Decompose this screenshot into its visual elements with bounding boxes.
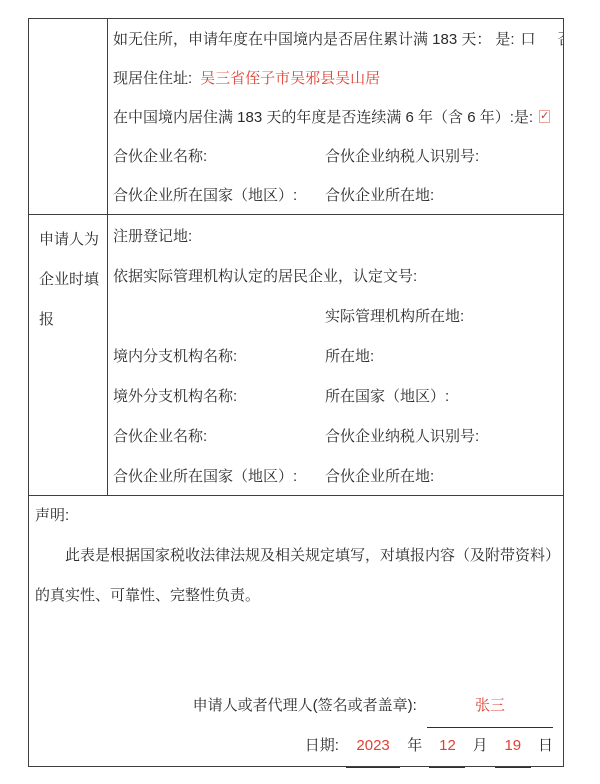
checkbox-yes-6-years-checked[interactable]: ✓ (539, 110, 550, 123)
partnership-tin-label: 合伙企业纳税人识别号: (325, 425, 563, 446)
yes-label-6-years: 是: (514, 106, 533, 127)
date-day-value[interactable]: 19 (495, 726, 531, 768)
tax-residency-form-table: 如无住所，申请年度在中国境内是否居住累计满 183 天： 是: 口 否: 口 现… (28, 18, 564, 767)
signature-value[interactable]: 张三 (475, 697, 505, 714)
enterprise-body: 注册登记地: 依据实际管理机构认定的居民企业，认定文号: 实际管理机构所在地: … (108, 215, 563, 495)
partnership-country-label: 合伙企业所在国家（地区）: (113, 184, 325, 205)
partnership-name-label: 合伙企业名称: (113, 425, 325, 446)
overseas-branch-country-label: 所在国家（地区）: (325, 385, 563, 406)
date-month-value[interactable]: 12 (429, 726, 465, 768)
row-overseas-branch: 境外分支机构名称: 所在国家（地区）: (113, 375, 563, 415)
row-183-days-question: 如无住所，申请年度在中国境内是否居住累计满 183 天： 是: 口 否: 口 (113, 19, 563, 58)
row-partnership-name: 合伙企业名称: 合伙企业纳税人识别号: (113, 136, 563, 175)
domestic-branch-location-label: 所在地: (325, 345, 563, 366)
date-day-unit: 日 (538, 737, 553, 754)
question-183-days-label: 如无住所，申请年度在中国境内是否居住累计满 183 天： (113, 28, 491, 49)
partnership-location-label: 合伙企业所在地: (325, 184, 563, 205)
date-month-unit: 月 (473, 737, 488, 754)
partnership-name-label: 合伙企业名称: (113, 145, 325, 166)
date-row: 日期: 2023 年 12 月 19 日 (35, 726, 557, 766)
partnership-country-label: 合伙企业所在国家（地区）: (113, 465, 325, 486)
signature-label: 申请人或者代理人(签名或者盖章): (193, 697, 417, 714)
row-current-address: 现居住住址: 吴三省侄子市吴邪县吴山居 (113, 58, 563, 97)
partnership-tin-label: 合伙企业纳税人识别号: (325, 145, 563, 166)
enterprise-header-line-3: 报 (39, 300, 107, 340)
resident-enterprise-doc-label: 依据实际管理机构认定的居民企业，认定文号: (113, 265, 417, 286)
section-enterprise: 申请人为 企业时填 报 注册登记地: 依据实际管理机构认定的居民企业，认定文号:… (29, 215, 563, 496)
row-management-location: 实际管理机构所在地: (113, 295, 563, 335)
yes-label-183-days: 是: (495, 28, 514, 49)
enterprise-header-cell: 申请人为 企业时填 报 (29, 215, 108, 495)
row-resident-enterprise-doc: 依据实际管理机构认定的居民企业，认定文号: (113, 255, 563, 295)
enterprise-header-line-2: 企业时填 (39, 260, 107, 300)
checkbox-yes-183-days[interactable]: 口 (521, 28, 536, 49)
question-6-years-label: 在中国境内居住满 183 天的年度是否连续满 6 年（含 6 年）: (113, 106, 514, 127)
signature-field[interactable]: 张三 (427, 686, 553, 728)
date-label: 日期: (305, 737, 339, 754)
section-declaration: 声明: 此表是根据国家税收法律法规及相关规定填写，对填报内容（及附带资料）的真实… (29, 496, 563, 766)
declaration-body: 此表是根据国家税收法律法规及相关规定填写，对填报内容（及附带资料）的真实性、可靠… (35, 536, 553, 616)
form-page: 如无住所，申请年度在中国境内是否居住累计满 183 天： 是: 口 否: 口 现… (0, 0, 600, 784)
date-year-value[interactable]: 2023 (346, 726, 400, 768)
declaration-title: 声明: (35, 496, 557, 536)
enterprise-header-line-1: 申请人为 (39, 220, 107, 260)
row-registered-address: 注册登记地: (113, 215, 563, 255)
registered-address-label: 注册登记地: (113, 225, 192, 246)
row-partnership-country: 合伙企业所在国家（地区）: 合伙企业所在地: (113, 175, 563, 214)
section-residence: 如无住所，申请年度在中国境内是否居住累计满 183 天： 是: 口 否: 口 现… (29, 19, 563, 215)
date-year-unit: 年 (407, 737, 422, 754)
row-domestic-branch: 境内分支机构名称: 所在地: (113, 335, 563, 375)
residence-header-cell-empty (29, 19, 108, 214)
residence-body: 如无住所，申请年度在中国境内是否居住累计满 183 天： 是: 口 否: 口 现… (108, 19, 563, 214)
current-address-value[interactable]: 吴三省侄子市吴邪县吴山居 (200, 67, 380, 88)
overseas-branch-label: 境外分支机构名称: (113, 385, 325, 406)
row-partnership-name-2: 合伙企业名称: 合伙企业纳税人识别号: (113, 415, 563, 455)
current-address-label: 现居住住址: (113, 67, 192, 88)
no-label-183-days: 否: (558, 28, 563, 49)
row-6-years-question: 在中国境内居住满 183 天的年度是否连续满 6 年（含 6 年）: 是: ✓ … (113, 97, 563, 136)
signature-row: 申请人或者代理人(签名或者盖章): 张三 (35, 686, 557, 726)
row-partnership-country-2: 合伙企业所在国家（地区）: 合伙企业所在地: (113, 455, 563, 495)
partnership-location-label: 合伙企业所在地: (325, 465, 563, 486)
management-location-label: 实际管理机构所在地: (325, 305, 563, 326)
domestic-branch-label: 境内分支机构名称: (113, 345, 325, 366)
